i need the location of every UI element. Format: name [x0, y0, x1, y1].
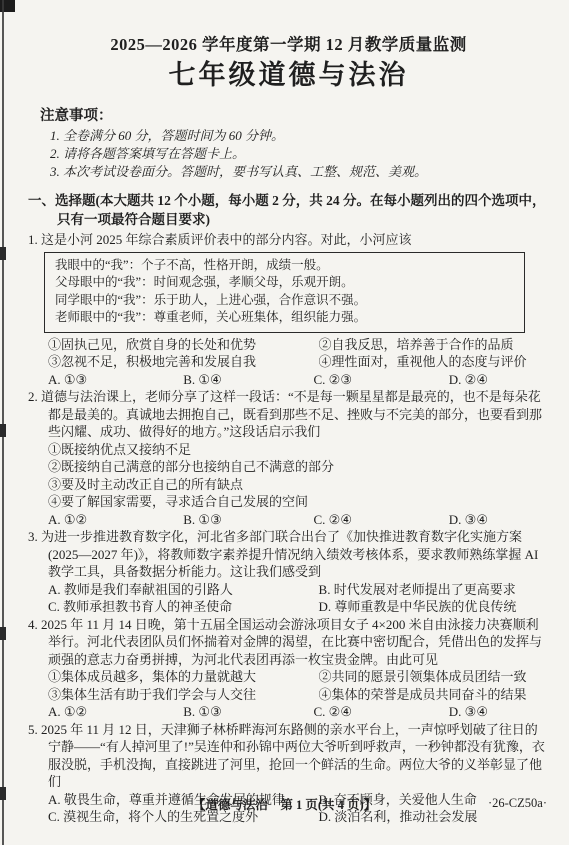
- exam-paper-page: 2025—2026 学年度第一学期 12 月教学质量监测 七年级道德与法治 注意…: [0, 0, 569, 845]
- choice-b: B. ①④: [183, 371, 313, 389]
- box-line-1: 我眼中的“我”：个子不高，性格开朗，成绩一般。: [55, 257, 514, 275]
- question-4-choices: A. ①② B. ①③ C. ②④ D. ③④: [48, 703, 549, 721]
- question-3-choices: A. 教师是我们奉献祖国的引路人 B. 时代发展对老师提出了更高要求 C. 教师…: [48, 581, 549, 616]
- exam-subtitle: 七年级道德与法治: [28, 57, 549, 93]
- question-2: 2. 道德与法治课上，老师分享了这样一段话：“不是每一颗星星都是最亮的，也不是每…: [28, 388, 549, 528]
- choice-a: A. ①③: [48, 371, 183, 389]
- choice-c: C. ②④: [314, 703, 449, 721]
- question-4: 4. 2025 年 11 月 14 日晚，第十五届全国运动会游泳项目女子 4×2…: [28, 616, 549, 721]
- choice-d: D. 尊师重教是中华民族的优良传统: [319, 598, 549, 616]
- choice-a: A. ①②: [48, 703, 183, 721]
- question-2-choices: A. ①② B. ①③ C. ②④ D. ③④: [48, 511, 549, 529]
- notice-item-1: 1. 全卷满分 60 分，答题时间为 60 分钟。: [50, 127, 549, 145]
- choice-c: C. ②④: [314, 511, 449, 529]
- notice-item-3: 3. 本次考试设卷面分。答题时，要书写认真、工整、规范、美观。: [50, 163, 549, 181]
- section-heading: 一、选择题(本大题共 12 个小题，每小题 2 分，共 24 分。在每小题列出的…: [28, 192, 549, 229]
- statement-2: ②共同的愿景引领集体成员团结一致: [319, 668, 549, 686]
- choice-a: A. ①②: [48, 511, 183, 529]
- choice-d: D. ②④: [449, 371, 549, 389]
- exam-title: 2025—2026 学年度第一学期 12 月教学质量监测: [28, 34, 549, 55]
- statement-1: ①集体成员越多，集体的力量就越大: [48, 668, 319, 686]
- statement-1: ①固执己见，欣赏自身的长处和优势: [48, 336, 319, 354]
- question-1-stem: 1. 这是小河 2025 年综合素质评价表中的部分内容。对此，小河应该: [28, 231, 549, 249]
- choice-a: A. 教师是我们奉献祖国的引路人: [48, 581, 319, 599]
- choice-c: C. ②③: [314, 371, 449, 389]
- question-2-stem: 2. 道德与法治课上，老师分享了这样一段话：“不是每一颗星星都是最亮的，也不是每…: [28, 388, 549, 441]
- box-line-3: 同学眼中的“我”：乐于助人，上进心强，合作意识不强。: [55, 292, 514, 310]
- statement-3: ③集体生活有助于我们学会与人交往: [48, 686, 319, 704]
- question-1: 1. 这是小河 2025 年综合素质评价表中的部分内容。对此，小河应该 我眼中的…: [28, 231, 549, 388]
- scan-edge-mark: [0, 247, 6, 260]
- notice-block: 注意事项： 1. 全卷满分 60 分，答题时间为 60 分钟。 2. 请将各题答…: [28, 107, 549, 181]
- question-1-statements: ①固执己见，欣赏自身的长处和优势 ②自我反思，培养善于合作的品质 ③忽视不足，积…: [48, 336, 549, 371]
- self-evaluation-box: 我眼中的“我”：个子不高，性格开朗，成绩一般。 父母眼中的“我”：时间观念强，孝…: [44, 252, 525, 333]
- question-3: 3. 为进一步推进教育数字化，河北省多部门联合出台了《加快推进教育数字化实施方案…: [28, 528, 549, 616]
- notice-item-2: 2. 请将各题答案填写在答题卡上。: [50, 145, 549, 163]
- statement-2: ②既接纳自己满意的部分也接纳自己不满意的部分: [48, 458, 549, 476]
- statement-3: ③忽视不足，积极地完善和发展自我: [48, 353, 319, 371]
- statement-1: ①既接纳优点又接纳不足: [48, 441, 549, 459]
- question-4-statements: ①集体成员越多，集体的力量就越大 ②共同的愿景引领集体成员团结一致 ③集体生活有…: [48, 668, 549, 703]
- paper-code: ·26-CZ50a·: [488, 796, 547, 811]
- choice-c: C. 教师承担教书育人的神圣使命: [48, 598, 319, 616]
- box-line-4: 老师眼中的“我”：尊重老师，关心班集体，组织能力强。: [55, 309, 514, 327]
- question-5-stem: 5. 2025 年 11 月 12 日，天津狮子林桥畔海河东路侧的亲水平台上，一…: [28, 721, 549, 791]
- choice-d: D. ③④: [449, 511, 549, 529]
- question-1-choices: A. ①③ B. ①④ C. ②③ D. ②④: [48, 371, 549, 389]
- question-2-statements: ①既接纳优点又接纳不足 ②既接纳自己满意的部分也接纳自己不满意的部分 ③要及时主…: [48, 441, 549, 511]
- question-3-stem: 3. 为进一步推进教育数字化，河北省多部门联合出台了《加快推进教育数字化实施方案…: [28, 528, 549, 581]
- page-footer: 【道德与法治 第 1 页(共 4 页)】: [0, 795, 569, 813]
- statement-2: ②自我反思，培养善于合作的品质: [319, 336, 549, 354]
- box-line-2: 父母眼中的“我”：时间观念强，孝顺父母，乐观开朗。: [55, 274, 514, 292]
- question-4-stem: 4. 2025 年 11 月 14 日晚，第十五届全国运动会游泳项目女子 4×2…: [28, 616, 549, 669]
- statement-4: ④理性面对，重视他人的态度与评价: [319, 353, 549, 371]
- choice-d: D. ③④: [449, 703, 549, 721]
- statement-4: ④要了解国家需要，寻求适合自己发展的空间: [48, 493, 549, 511]
- choice-b: B. ①③: [183, 511, 313, 529]
- choice-b: B. ①③: [183, 703, 313, 721]
- statement-3: ③要及时主动改正自己的所有缺点: [48, 476, 549, 494]
- choice-b: B. 时代发展对老师提出了更高要求: [319, 581, 549, 599]
- statement-4: ④集体的荣誉是成员共同奋斗的结果: [319, 686, 549, 704]
- scan-edge-mark: [0, 627, 6, 640]
- scan-edge-line: [2, 0, 4, 845]
- notice-heading: 注意事项：: [40, 107, 549, 126]
- scan-edge-mark: [0, 424, 6, 437]
